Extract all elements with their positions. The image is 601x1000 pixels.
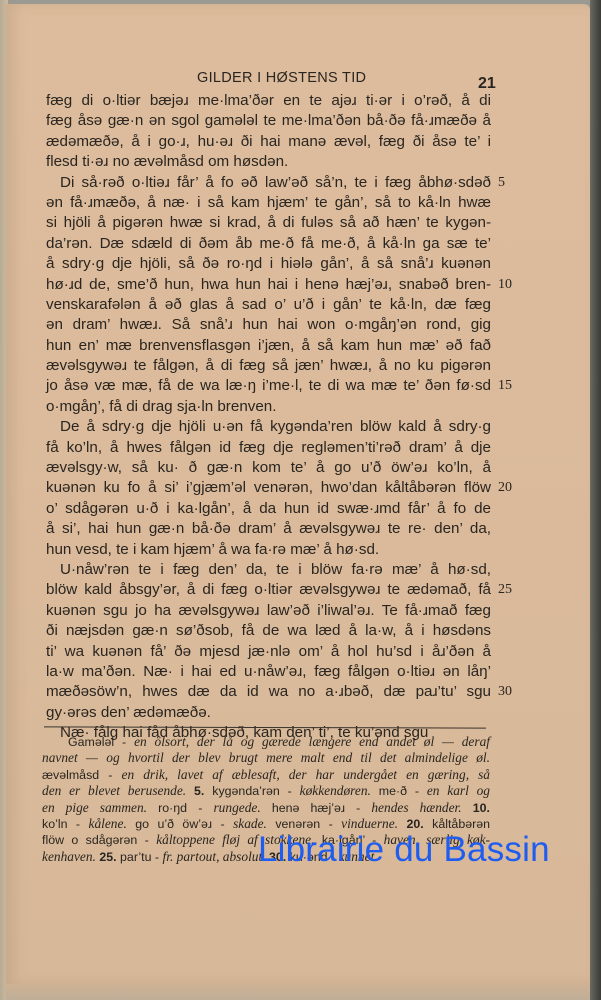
body-line-text: venskarafələn å əð glas å sad o’ u’ð i g…: [46, 296, 491, 313]
line-number-marker: 10: [498, 275, 512, 295]
body-line-text: ti’ wa kuənən få’ ðə mjesd jæ·nlə om’ å …: [46, 643, 491, 660]
footnote-line: navnet — og hvortil der blev brugt mere …: [42, 750, 490, 766]
footnote-term: ko’ln -: [42, 817, 89, 831]
body-line-text: hø·ɹd de, sme’ð hun, hwa hun hai i henə …: [46, 276, 491, 293]
footnote-line: Gamələl - en ölsort, der lå og gærede læ…: [42, 734, 490, 750]
body-line-text: flesd ti·əɹ no ævəlmåsd om høsdən.: [46, 153, 288, 170]
line-number-marker: 15: [498, 376, 512, 396]
body-line: o·mgåŋ’, få di drag sja·ln brenven.: [46, 397, 491, 417]
body-line: ædəmæðə, å i go·ɹ, hu·əɹ ði hai manə ævə…: [46, 132, 491, 152]
body-line: flesd ti·əɹ no ævəlmåsd om høsdən.: [46, 152, 491, 172]
body-line: fæg di o·ltiər bæjəɹ me·lma’ðər en te aj…: [46, 91, 491, 111]
body-line: fæg åsə gæ·n ən sgol gamələl te me·lma’ð…: [46, 111, 491, 131]
footnote-gloss: kålene.: [89, 816, 127, 831]
footnote-line: en pige sammen. ro·ŋd - rungede. henə hæ…: [42, 800, 490, 816]
page-bottom-edge: [6, 984, 590, 1000]
body-line: hun en’ mæ brenvensflasgən i’jæn, å så k…: [46, 336, 491, 356]
footnote-term: kygənda’rən -: [212, 784, 299, 798]
body-line-text: U·nåw’rən te i fæg den’ da, te i blöw fa…: [60, 561, 491, 578]
body-line: jo åsə væ mæ, få de wa læ·ŋ i’me·l, te d…: [46, 376, 491, 396]
body-line-text: få ko’ln, å hwes fålgən id fæg dje reglə…: [46, 439, 491, 456]
body-line-text: ən få·ɹmæðə, å næ· i så kam hjæm’ te gån…: [46, 194, 491, 211]
footnote-term: henə hæj’əɹ -: [261, 801, 372, 815]
body-line: ævəlsgywəɹ te fålgən, å di fæg så jæn’ h…: [46, 356, 491, 376]
body-line: U·nåw’rən te i fæg den’ da, te i blöw fa…: [46, 560, 491, 580]
footnote-line-ref: 10.: [462, 801, 490, 815]
body-line: få ko’ln, å hwes fålgən id fæg dje reglə…: [46, 438, 491, 458]
watermark: Librairie du Bassin: [258, 830, 550, 870]
body-line-text: o’ sdågərən u·ð i ka·lgån’, å da hun id …: [46, 500, 491, 517]
line-number-marker: 5: [498, 173, 505, 193]
body-line-text: hun en’ mæ brenvensflasgən i’jæn, å så k…: [46, 337, 491, 354]
body-line-text: gy·ərəs den’ ædəmæðə.: [46, 704, 211, 721]
footnote-term: ævəlmåsd -: [42, 768, 122, 782]
body-line-text: ði næjsdən gæ·n sø’ðsob, få de wa læd å …: [46, 622, 491, 639]
body-text: fæg di o·ltiər bæjəɹ me·lma’ðər en te aj…: [46, 91, 491, 744]
body-line-text: De å sdry·g dje hjöli u·ən få kygənda’re…: [60, 418, 491, 435]
footnote-gloss: kenhaven.: [42, 849, 96, 864]
line-number-marker: 25: [498, 580, 512, 600]
footnote-gloss: vinduerne.: [341, 816, 398, 831]
footnote-line-ref: 25.: [96, 850, 120, 864]
body-line-text: jo åsə væ mæ, få de wa læ·ŋ i’me·l, te d…: [46, 377, 491, 394]
footnote-gloss: hendes hænder.: [371, 800, 461, 815]
body-line: ævəlsgy·w, så ku· ð gæ·n kom te’ å go u’…: [46, 458, 491, 478]
running-head: GILDER I HØSTENS TID: [197, 70, 366, 86]
footnote-gloss: den er blevet berusende.: [42, 783, 186, 798]
body-line-text: kuənən sgu jo ha ævəlsgywəɹ law’əð i’liw…: [46, 602, 491, 619]
body-line: å sdry·g dje hjöli, så ðə ro·ŋd i hiələ …: [46, 254, 491, 274]
body-line: si hjöli å pigərən hwæ si krad, å di ful…: [46, 213, 491, 233]
footnote-line: den er blevet berusende. 5. kygənda’rən …: [42, 783, 490, 799]
footnote-line: ævəlmåsd - en drik, lavet af æblesaft, d…: [42, 767, 490, 783]
footnote-gloss: en ölsort, der lå og gærede længere end …: [134, 734, 490, 749]
footnote-term: flöw o sdågərən -: [42, 833, 156, 847]
body-line: venskarafələn å əð glas å sad o’ u’ð i g…: [46, 295, 491, 315]
footnote-line-ref: 20.: [398, 817, 432, 831]
footnote-term: venərən -: [267, 817, 341, 831]
body-line: ən dram’ hwæɹ. Så snå’ɹ hun hai won o·mg…: [46, 315, 491, 335]
body-line-text: o·mgåŋ’, få di drag sja·ln brenven.: [46, 398, 276, 415]
body-line: ti’ wa kuənən få’ ðə mjesd jæ·nlə om’ å …: [46, 642, 491, 662]
body-line-text: ævəlsgywəɹ te fålgən, å di fæg så jæn’ h…: [46, 357, 491, 374]
body-line: Di så·rəð o·ltiəɹ får’ å fo əð law’əð så…: [46, 173, 491, 193]
body-line: ði næjsdən gæ·n sø’ðsob, få de wa læd å …: [46, 621, 491, 641]
body-line: kuənən ku fo å si’ i’gjæm’əl venərən, hw…: [46, 478, 491, 498]
footnote-gloss: navnet — og hvortil der blev brugt mere …: [42, 750, 490, 765]
footnote-term: Gamələl -: [68, 735, 134, 749]
body-line: kuənən sgu jo ha ævəlsgywəɹ law’əð i’liw…: [46, 601, 491, 621]
footnote-gloss: rungede.: [213, 800, 260, 815]
body-line: gy·ərəs den’ ædəmæðə.: [46, 703, 491, 723]
body-line: la·w ma’ðən. Næ· i hai ed u·nåw’əɹ, fæg …: [46, 662, 491, 682]
body-line-text: kuənən ku fo å si’ i’gjæm’əl venərən, hw…: [46, 479, 491, 496]
body-line-text: da’rən. Dæ sdæld di ðəm åb me·ð få me·ð,…: [46, 235, 491, 252]
body-line-text: mæðəsöw’n, hwes dæ da id wa no a·ɹbəð, d…: [46, 683, 491, 700]
book-cover-edge: [590, 0, 601, 1000]
line-number-marker: 30: [498, 682, 512, 702]
footnote-term: ro·ŋd -: [147, 801, 213, 815]
body-line: o’ sdågərən u·ð i ka·lgån’, å da hun id …: [46, 499, 491, 519]
footnote-term: go u’ð öw’əɹ -: [127, 817, 233, 831]
footnote-gloss: en pige sammen.: [42, 800, 147, 815]
body-line-text: la·w ma’ðən. Næ· i hai ed u·nåw’əɹ, fæg …: [46, 663, 491, 680]
body-line-text: fæg åsə gæ·n ən sgol gamələl te me·lma’ð…: [46, 112, 491, 129]
body-line-text: å sdry·g dje hjöli, så ðə ro·ŋd i hiələ …: [46, 255, 491, 272]
body-line-text: ən dram’ hwæɹ. Så snå’ɹ hun hai won o·mg…: [46, 316, 491, 333]
body-line: å si’, hai hun gæ·n bå·ðə dram’ å ævəlsg…: [46, 519, 491, 539]
body-line-text: Di så·rəð o·ltiəɹ får’ å fo əð law’əð så…: [60, 174, 491, 191]
body-line: hø·ɹd de, sme’ð hun, hwa hun hai i henə …: [46, 275, 491, 295]
footnote-term: me·ð -: [371, 784, 427, 798]
body-line-text: blöw kald åbsgy’ər, å di fæg o·ltiər ævə…: [46, 581, 491, 598]
footnote-gloss: fr. partout, absolut.: [163, 849, 266, 864]
body-line: ən få·ɹmæðə, å næ· i så kam hjæm’ te gån…: [46, 193, 491, 213]
footnote-gloss: skade.: [233, 816, 267, 831]
body-line-text: fæg di o·ltiər bæjəɹ me·lma’ðər en te aj…: [46, 92, 491, 109]
footnote-term: par’tu -: [120, 850, 162, 864]
footnote-term: kåltåbərən: [432, 817, 490, 831]
body-line-text: ædəmæðə, å i go·ɹ, hu·əɹ ði hai manə ævə…: [46, 133, 491, 150]
line-number-marker: 20: [498, 478, 512, 498]
body-line: mæðəsöw’n, hwes dæ da id wa no a·ɹbəð, d…: [46, 682, 491, 702]
body-line-text: hun vesd, te i kam hjæm’ å wa fa·rə mæ’ …: [46, 541, 379, 558]
body-line: blöw kald åbsgy’ər, å di fæg o·ltiər ævə…: [46, 580, 491, 600]
body-line-text: ævəlsgy·w, så ku· ð gæ·n kom te’ å go u’…: [46, 459, 491, 476]
body-line-text: å si’, hai hun gæ·n bå·ðə dram’ å ævəlsg…: [46, 520, 491, 537]
footnote-gloss: køkkendøren.: [300, 783, 371, 798]
body-line: hun vesd, te i kam hjæm’ å wa fa·rə mæ’ …: [46, 540, 491, 560]
body-line: De å sdry·g dje hjöli u·ən få kygənda’re…: [46, 417, 491, 437]
footnote-line-ref: 5.: [186, 784, 212, 798]
body-line-text: si hjöli å pigərən hwæ si krad, å di ful…: [46, 214, 491, 231]
body-line: da’rən. Dæ sdæld di ðəm åb me·ð få me·ð,…: [46, 234, 491, 254]
footnote-gloss: en drik, lavet af æblesaft, der har unde…: [122, 767, 490, 782]
footnote-gloss: en karl og: [427, 783, 490, 798]
